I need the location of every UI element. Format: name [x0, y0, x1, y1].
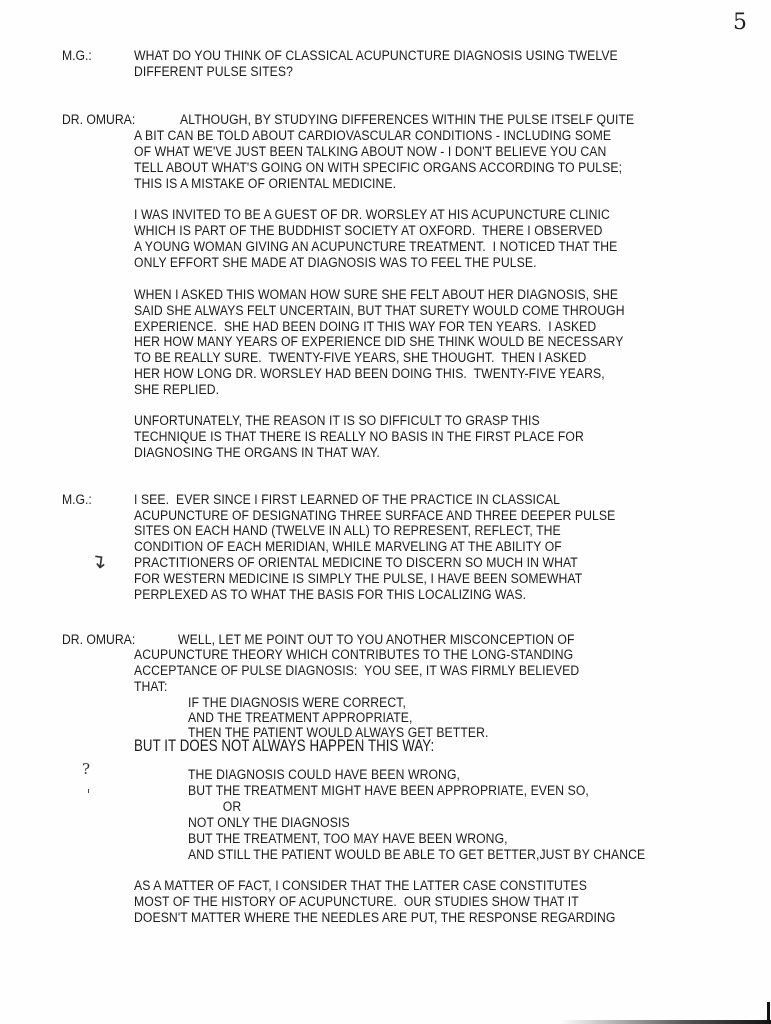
text-line: TO BE REALLY SURE. TWENTY-FIVE YEARS, SH… — [134, 351, 586, 367]
scan-edge-shadow — [560, 1020, 771, 1024]
page-number: 5 — [733, 10, 747, 35]
text-line: I SEE. EVER SINCE I FIRST LEARNED OF THE… — [134, 493, 560, 509]
text-line: DIAGNOSING THE ORGANS IN THAT WAY. — [134, 446, 380, 462]
text-line: SAID SHE ALWAYS FELT UNCERTAIN, BUT THAT… — [134, 304, 625, 320]
text-line: SITES ON EACH HAND (TWELVE IN ALL) TO RE… — [134, 524, 561, 540]
text-line: PERPLEXED AS TO WHAT THE BASIS FOR THIS … — [134, 588, 526, 604]
text-line: ALTHOUGH, BY STUDYING DIFFERENCES WITHIN… — [180, 113, 634, 129]
text-line: AS A MATTER OF FACT, I CONSIDER THAT THE… — [134, 879, 587, 895]
text-line: TECHNIQUE IS THAT THERE IS REALLY NO BAS… — [134, 430, 584, 446]
text-line: BUT THE TREATMENT MIGHT HAVE BEEN APPROP… — [188, 784, 589, 800]
text-line: A BIT CAN BE TOLD ABOUT CARDIOVASCULAR C… — [134, 129, 611, 145]
text-line: THIS IS A MISTAKE OF ORIENTAL MEDICINE. — [134, 177, 396, 193]
speaker-label: M.G.: — [62, 493, 92, 509]
text-line: ACCEPTANCE OF PULSE DIAGNOSIS: YOU SEE, … — [134, 664, 579, 680]
text-line: NOT ONLY THE DIAGNOSIS — [188, 816, 350, 832]
text-line: FOR WESTERN MEDICINE IS SIMPLY THE PULSE… — [134, 572, 582, 588]
text-line: WHEN I ASKED THIS WOMAN HOW SURE SHE FEL… — [134, 288, 618, 304]
text-line: TELL ABOUT WHAT'S GOING ON WITH SPECIFIC… — [134, 161, 622, 177]
text-line: THAT: — [134, 680, 167, 696]
emphasis-line: BUT IT DOES NOT ALWAYS HAPPEN THIS WAY: — [134, 737, 434, 755]
text-line: DIFFERENT PULSE SITES? — [134, 65, 293, 81]
text-line: SHE REPLIED. — [134, 383, 219, 399]
text-line: WHICH IS PART OF THE BUDDHIST SOCIETY AT… — [134, 224, 603, 240]
text-line: ACUPUNCTURE THEORY WHICH CONTRIBUTES TO … — [134, 648, 573, 664]
scan-corner-mark — [767, 1002, 770, 1024]
text-line: OF WHAT WE'VE JUST BEEN TALKING ABOUT NO… — [134, 145, 606, 161]
text-line: WHAT DO YOU THINK OF CLASSICAL ACUPUNCTU… — [134, 49, 618, 65]
text-line: I WAS INVITED TO BE A GUEST OF DR. WORSL… — [134, 208, 610, 224]
handwritten-question-mark: ? — [82, 760, 90, 778]
text-line: UNFORTUNATELY, THE REASON IT IS SO DIFFI… — [134, 414, 540, 430]
text-line: HER HOW LONG DR. WORSLEY HAD BEEN DOING … — [134, 367, 605, 383]
text-line: ONLY EFFORT SHE MADE AT DIAGNOSIS WAS TO… — [134, 256, 537, 272]
speaker-label: M.G.: — [62, 49, 92, 65]
text-line: CONDITION OF EACH MERIDIAN, WHILE MARVEL… — [134, 540, 562, 556]
text-line: HER HOW MANY YEARS OF EXPERIENCE DID SHE… — [134, 335, 623, 351]
text-line: A YOUNG WOMAN GIVING AN ACUPUNCTURE TREA… — [134, 240, 617, 256]
handwritten-arrow-icon: ↴ — [88, 548, 108, 574]
text-line: AND STILL THE PATIENT WOULD BE ABLE TO G… — [188, 848, 645, 864]
margin-tick — [88, 789, 89, 793]
text-line: MOST OF THE HISTORY OF ACUPUNCTURE. OUR … — [134, 895, 579, 911]
text-line: DOESN'T MATTER WHERE THE NEEDLES ARE PUT… — [134, 911, 616, 927]
speaker-label: DR. OMURA: — [62, 633, 135, 649]
text-line: PRACTITIONERS OF ORIENTAL MEDICINE TO DI… — [134, 556, 578, 572]
speaker-label: DR. OMURA: — [62, 113, 135, 129]
text-line: THE DIAGNOSIS COULD HAVE BEEN WRONG, — [188, 768, 460, 784]
text-line: OR — [188, 800, 241, 816]
document-page: 5 M.G.: WHAT DO YOU THINK OF CLASSICAL A… — [0, 0, 771, 1024]
text-line: BUT THE TREATMENT, TOO MAY HAVE BEEN WRO… — [188, 832, 508, 848]
